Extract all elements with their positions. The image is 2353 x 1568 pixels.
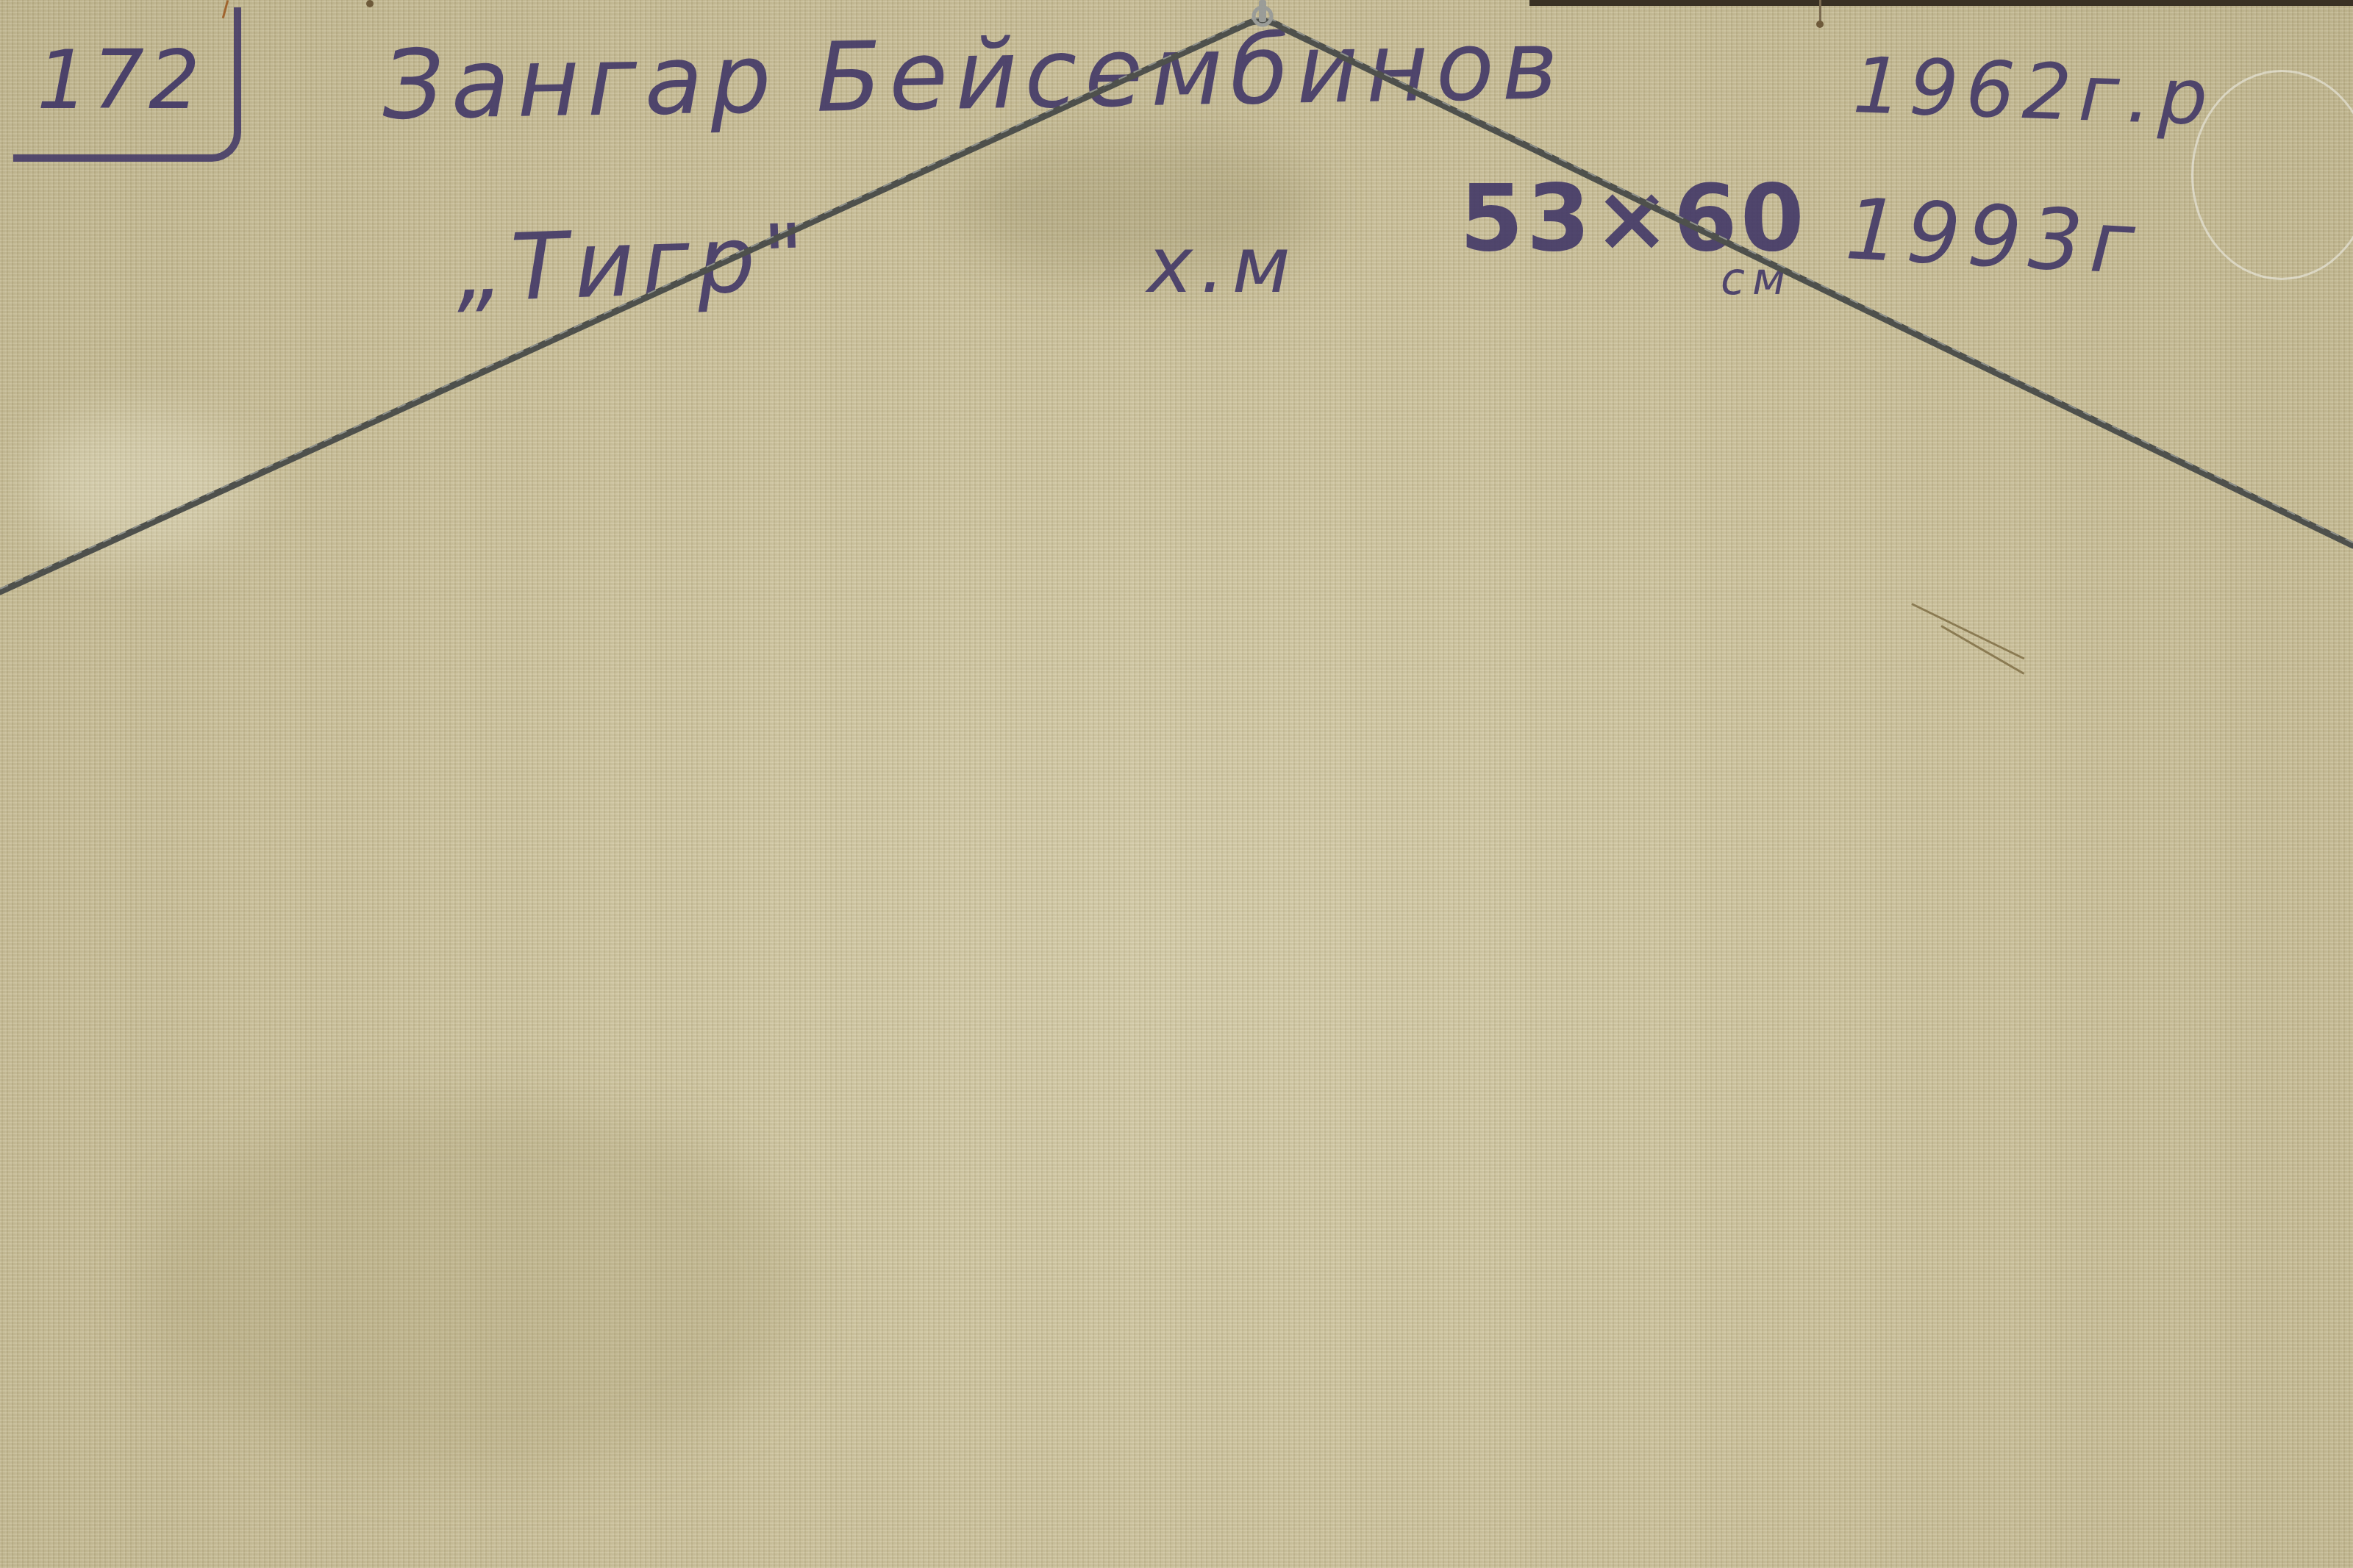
screw-eye: [1254, 0, 1271, 25]
hanging-wire: [0, 0, 2353, 1568]
